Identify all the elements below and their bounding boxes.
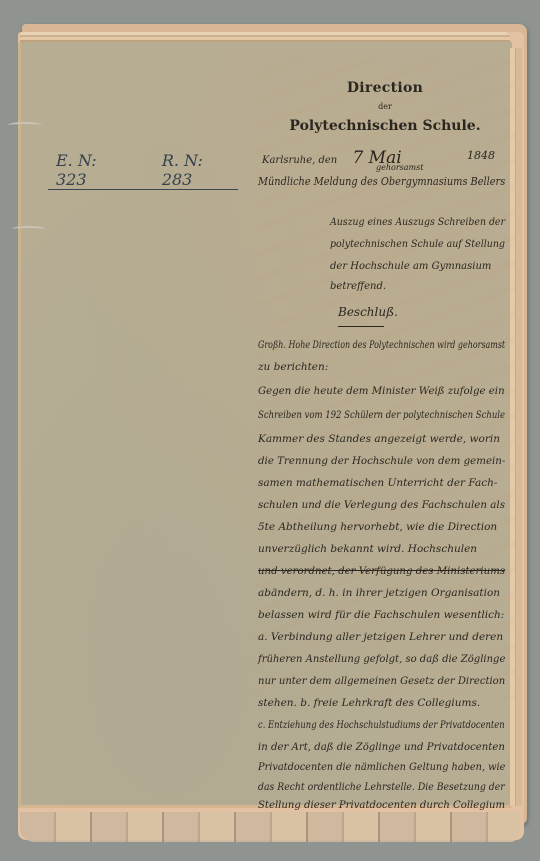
binding-string-icon xyxy=(8,122,42,128)
e-number: E. N: 323 xyxy=(56,151,132,189)
subject-line: Mündliche Meldung des Obergymnasiums Bel… xyxy=(258,176,505,188)
body-line: schulen und die Verlegung des Fachschule… xyxy=(258,500,505,511)
summary-line: Auszug eines Auszugs Schreiben der xyxy=(330,218,505,228)
summary-line: polytechnischen Schule auf Stellung xyxy=(330,240,505,250)
body-line: belassen wird für die Fachschulen wesent… xyxy=(258,610,504,621)
body-line: Kammer des Standes angezeigt werde, wori… xyxy=(258,434,500,445)
body-line: abändern, d. h. in ihrer jetzigen Organi… xyxy=(258,588,500,599)
letterhead-connector: der xyxy=(250,102,520,111)
reference-numbers: E. N: 323 R. N: 283 xyxy=(48,172,238,190)
heading-underline xyxy=(338,326,384,327)
body-line: das Recht ordentliche Lehrstelle. Die Be… xyxy=(258,782,505,793)
inserted-word: gehorsamst xyxy=(376,164,423,172)
body-line: samen mathematischen Unterricht der Fach… xyxy=(258,478,497,489)
body-line: 5te Abtheilung hervorhebt, wie die Direc… xyxy=(258,522,497,533)
body-line: in der Art, daß die Zöglinge und Privatd… xyxy=(258,742,505,753)
summary-line: betreffend. xyxy=(330,282,386,292)
body-line: die Trennung der Hochschule von dem geme… xyxy=(258,456,505,467)
body-line: Gegen die heute dem Minister Weiß zufolg… xyxy=(258,386,505,397)
year: 1848 xyxy=(467,150,495,161)
body-line: a. Verbindung aller jetzigen Lehrer und … xyxy=(258,632,503,643)
body-line: nur unter dem allgemeinen Gesetz der Dir… xyxy=(258,676,505,687)
body-line: Privatdocenten die nämlichen Geltung hab… xyxy=(258,762,505,773)
body-line: c. Entziehung des Hochschulstudiums der … xyxy=(258,720,505,731)
body-line: zu berichten: xyxy=(258,362,328,373)
body-line: Stellung dieser Privatdocenten durch Col… xyxy=(258,800,505,811)
summary-line: der Hochschule am Gymnasium xyxy=(330,262,491,272)
section-heading: Beschluß. xyxy=(338,306,398,318)
body-line: Schreiben vom 192 Schülern der polytechn… xyxy=(258,410,505,421)
body-line: Großh. Hohe Direction des Polytechnische… xyxy=(258,340,505,351)
letterhead-institution: Polytechnischen Schule. xyxy=(250,118,520,134)
body-line: früheren Anstellung gefolgt, so daß die … xyxy=(258,654,505,665)
r-number: R. N: 283 xyxy=(162,151,238,189)
place: Karlsruhe, den xyxy=(262,155,337,166)
body-line: unverzüglich bekannt wird. Hochschulen xyxy=(258,544,477,555)
right-page-edges xyxy=(510,48,522,806)
letterhead-title: Direction xyxy=(250,80,520,96)
body-line-struck: und verordnet, der Verfügung des Ministe… xyxy=(258,566,505,577)
binding-string-icon xyxy=(12,226,46,232)
body-line: stehen. b. freie Lehrkraft des Collegium… xyxy=(258,698,480,709)
